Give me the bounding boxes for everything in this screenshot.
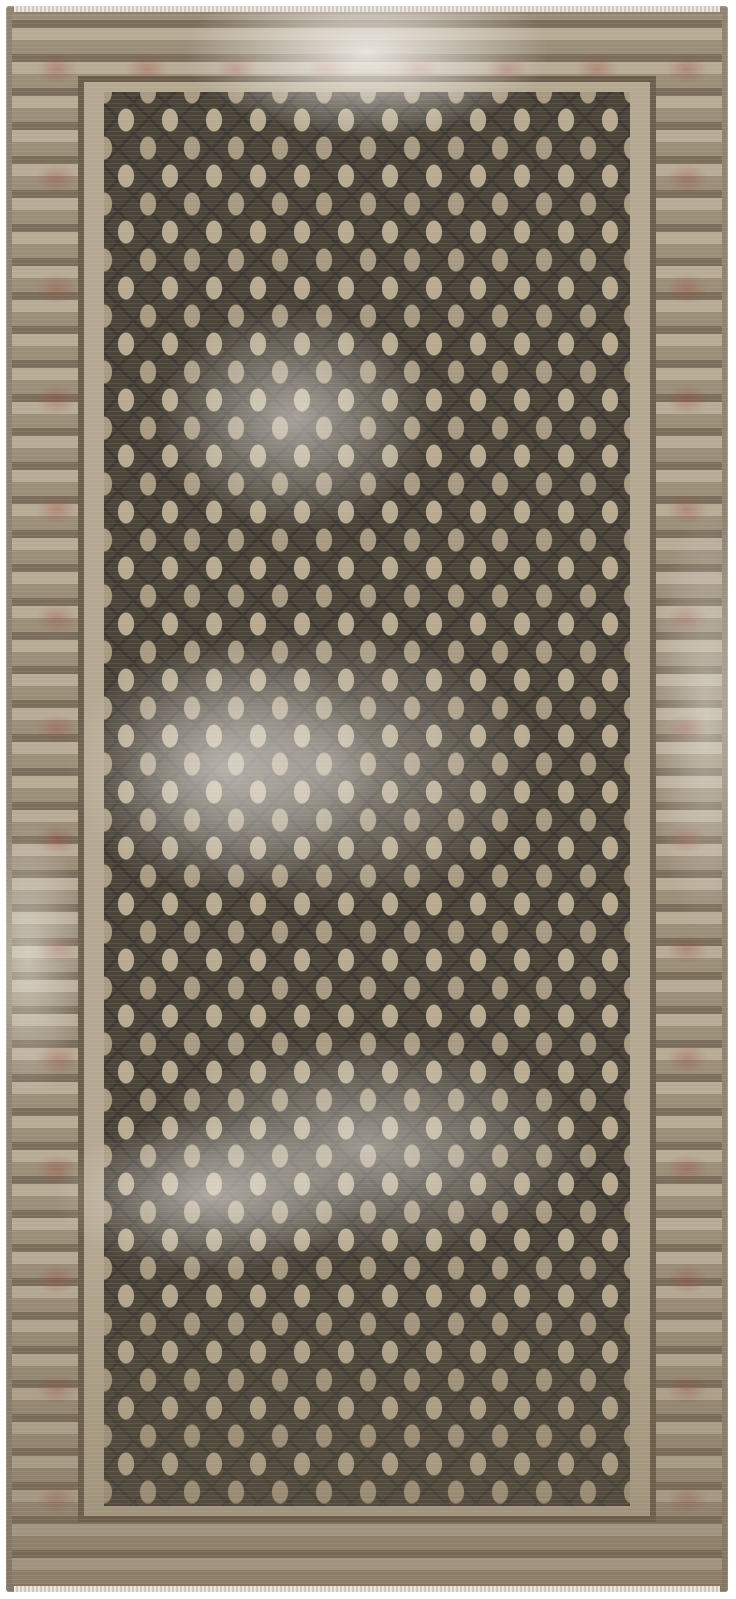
rug: [6, 6, 728, 1592]
rug-fringe-top: [14, 6, 720, 12]
rug-wear-overlay: [6, 6, 728, 1592]
rug-fringe-bottom: [14, 1586, 720, 1592]
